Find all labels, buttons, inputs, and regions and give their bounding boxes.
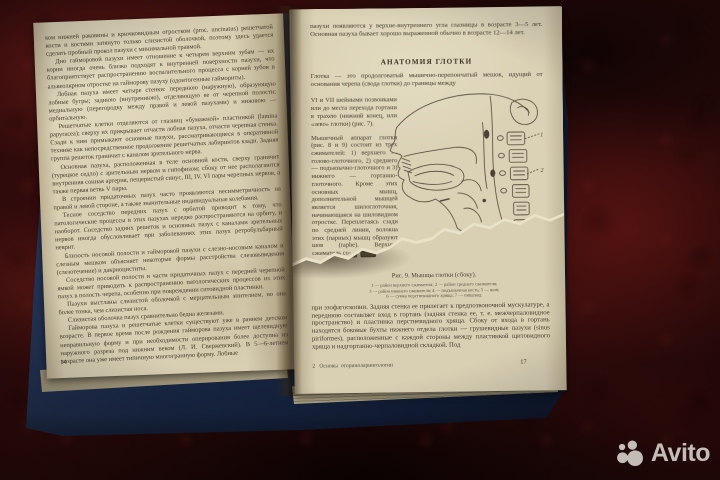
torn-page-flap: пазухи появляются у верхне-внутреннего у… (290, 7, 564, 267)
section-heading: АНАТОМИЯ ГЛОТКИ (290, 57, 562, 67)
figure-legend: 1 — район верхнего сжимателя; 2 — район … (323, 280, 545, 300)
left-page-text: ком нижней раковины и крючковидным отрос… (45, 24, 289, 367)
paragraph: VI и VII шейными позвонками или до места… (311, 97, 397, 129)
figure-caption: Рис. 9. Мышцы глотки (сбоку). (329, 270, 539, 280)
page-number-left: 14 (60, 359, 67, 366)
right-page: Рис. 9. Мышцы глотки (сбоку). 1 — район … (289, 6, 566, 394)
paragraph: Мышечный аппарат глотки (рис. 8 и 9) сос… (311, 134, 398, 258)
signature-footer: 2 Основы оториноларингологии (312, 363, 393, 370)
gutter-shadow (276, 6, 302, 396)
book-listing-photo: ком нижней раковины и крючковидным отрос… (0, 0, 720, 480)
figure-label-1: 1 (540, 133, 543, 139)
avito-watermark: Avito (616, 439, 710, 468)
figure-label-2: 2 (541, 168, 544, 174)
right-page-column-text: VI и VII шейными позвонками или до места… (311, 90, 399, 264)
right-page-intro-paragraph: пазухи появляются у верхне-внутреннего у… (310, 21, 542, 39)
avito-logo-icon (616, 440, 644, 468)
left-page: ком нижней раковины и крючковидным отрос… (33, 13, 296, 378)
avito-label: Avito (651, 439, 710, 468)
right-page-bottom-paragraph: при эзофагоскопии. Задняя стенка ее прил… (311, 301, 550, 351)
page-number-right: 17 (520, 359, 527, 366)
